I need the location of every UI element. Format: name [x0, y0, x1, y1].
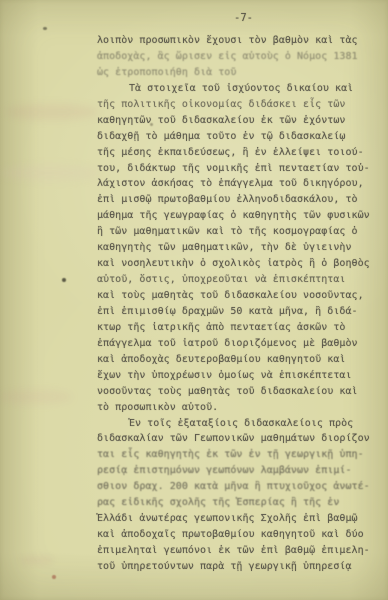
text-line: ρεσίᾳ ἐπιστημόνων γεωπόνων λαμβάνων ἐπιμ…	[97, 463, 381, 479]
text-line: λάχιστον ἀσκήσας τὸ ἐπάγγελμα τοῦ δικηγό…	[97, 176, 381, 192]
text-line: ἔχων τὴν ὑποχρέωσιν ὁμοίως νὰ ἐπισκέπτετ…	[97, 368, 381, 384]
text-line: αὐτοῦ, ὅστις, ὑποχρεοῦται νὰ ἐπισκέπτητα…	[97, 272, 381, 288]
text-line: λοιπὸν προσωπικὸν ἔχουσι τὸν βαθμὸν καὶ …	[97, 33, 381, 49]
text-line: καὶ ἀποδοχαῖς πρωτοβαθμίου καθηγητοῦ καὶ…	[97, 527, 381, 543]
text-line: καθηγητῶν τοῦ διδασκαλείου ἐκ τῶν ἐχόντω…	[97, 113, 381, 129]
text-line: του, διδάκτωρ τῆς νομικῆς ἐπὶ πενταετίαν…	[97, 161, 381, 177]
text-line: διδασκαλίαν τῶν Γεωπονικῶν μαθημάτων διο…	[97, 431, 381, 447]
text-line: καὶ τοὺς μαθητὰς τοῦ διδασκαλείου νοσοῦν…	[97, 288, 381, 304]
text-line: ἐπὶ ἐπιμισθίῳ δραχμῶν 50 κατὰ μῆνα, ἢ δι…	[97, 304, 381, 320]
text-line: τοῦ ὑπηρετούντων παρὰ τῇ γεωργικῇ ὑπηρεσ…	[97, 559, 381, 575]
paper-stain	[6, 104, 98, 120]
text-line: τὸ προσωπικὸν αὐτοῦ.	[97, 400, 381, 416]
text-line: ὡς ἐτροποποιήθη διὰ τοῦ	[97, 65, 381, 81]
text-line: τῆς μέσης ἐκπαιδεύσεως, ἢ ἐν ἐλλείψει το…	[97, 145, 381, 161]
text-line: ἐπάγγελμα τοῦ ἰατροῦ διοριζόμενος μὲ βαθ…	[97, 336, 381, 352]
text-line: μάθημα τῆς γεωγραφίας ὁ καθηγητὴς τῶν φυ…	[97, 208, 381, 224]
text-line: καὶ νοσηλευτικὴν ὁ σχολικὸς ἰατρὸς ἢ ὁ β…	[97, 256, 381, 272]
text-line: ἐπὶ μισθῷ πρωτοβαθμίου ἑλληνοδιδασκάλου,…	[97, 192, 381, 208]
text-line: σθιον δραχ. 200 κατὰ μῆνα ἢ πτυχιοῦχος ἀ…	[97, 479, 381, 495]
scanned-page: -7- λοιπὸν προσωπικὸν ἔχουσι τὸν βαθμὸν …	[0, 0, 388, 600]
text-line: καθηγητὴς τῶν μαθηματικῶν, τὴν δὲ ὑγιειν…	[97, 240, 381, 256]
text-line: διδαχθῇ τὸ μάθημα τοῦτο ἐν τῷ διδασκαλεί…	[97, 129, 381, 145]
text-line: Ἑλλάδι ἀνωτέρας γεωπονικῆς Σχολῆς ἐπὶ βα…	[97, 511, 381, 527]
text-line: ἢ τῶν μαθηματικῶν καὶ τὸ τῆς κοσμογραφία…	[97, 224, 381, 240]
text-line: καὶ ἀποδοχὰς δευτεροβαθμίου καθηγητοῦ κα…	[97, 352, 381, 368]
ink-speck	[43, 27, 47, 30]
paper-stain	[0, 165, 100, 181]
paper-stain	[20, 555, 54, 565]
text-line: τῆς πολιτικῆς οἰκονομίας διδάσκει εἷς τῶ…	[97, 97, 381, 113]
page-number: -7-	[234, 12, 253, 24]
text-line: ἀποδοχὰς, ἃς ὥρισεν εἰς αὐτοὺς ὁ Νόμος 1…	[97, 49, 381, 65]
ink-speck	[62, 278, 66, 282]
text-line: νοσοῦντας τοὺς μαθητὰς τοῦ διδασκαλείου …	[97, 384, 381, 400]
text-line: κτωρ τῆς ἰατρικῆς ἀπὸ πενταετίας ἀσκῶν τ…	[97, 320, 381, 336]
text-line: ἐπιμεληταὶ γεωπόνοι ἐκ τῶν ἐπὶ βαθμῷ ἐπι…	[97, 543, 381, 559]
paper-stain	[0, 390, 72, 404]
text-block: λοιπὸν προσωπικὸν ἔχουσι τὸν βαθμὸν καὶ …	[97, 33, 381, 575]
text-line: Τὰ στοιχεῖα τοῦ ἰσχύοντος δικαίου καὶ	[97, 81, 381, 97]
text-line: ται εἷς καθηγητὴς ἐκ τῶν ἐν τῇ γεωργικῇ …	[97, 447, 381, 463]
text-line: ρας εἰδικῆς σχολῆς τῆς Ἑσπερίας ἢ τῆς ἐν	[97, 495, 381, 511]
ink-speck	[52, 575, 56, 579]
text-line: Ἐν τοῖς ἑξαταξίοις διδασκαλείοις πρὸς	[97, 416, 381, 432]
